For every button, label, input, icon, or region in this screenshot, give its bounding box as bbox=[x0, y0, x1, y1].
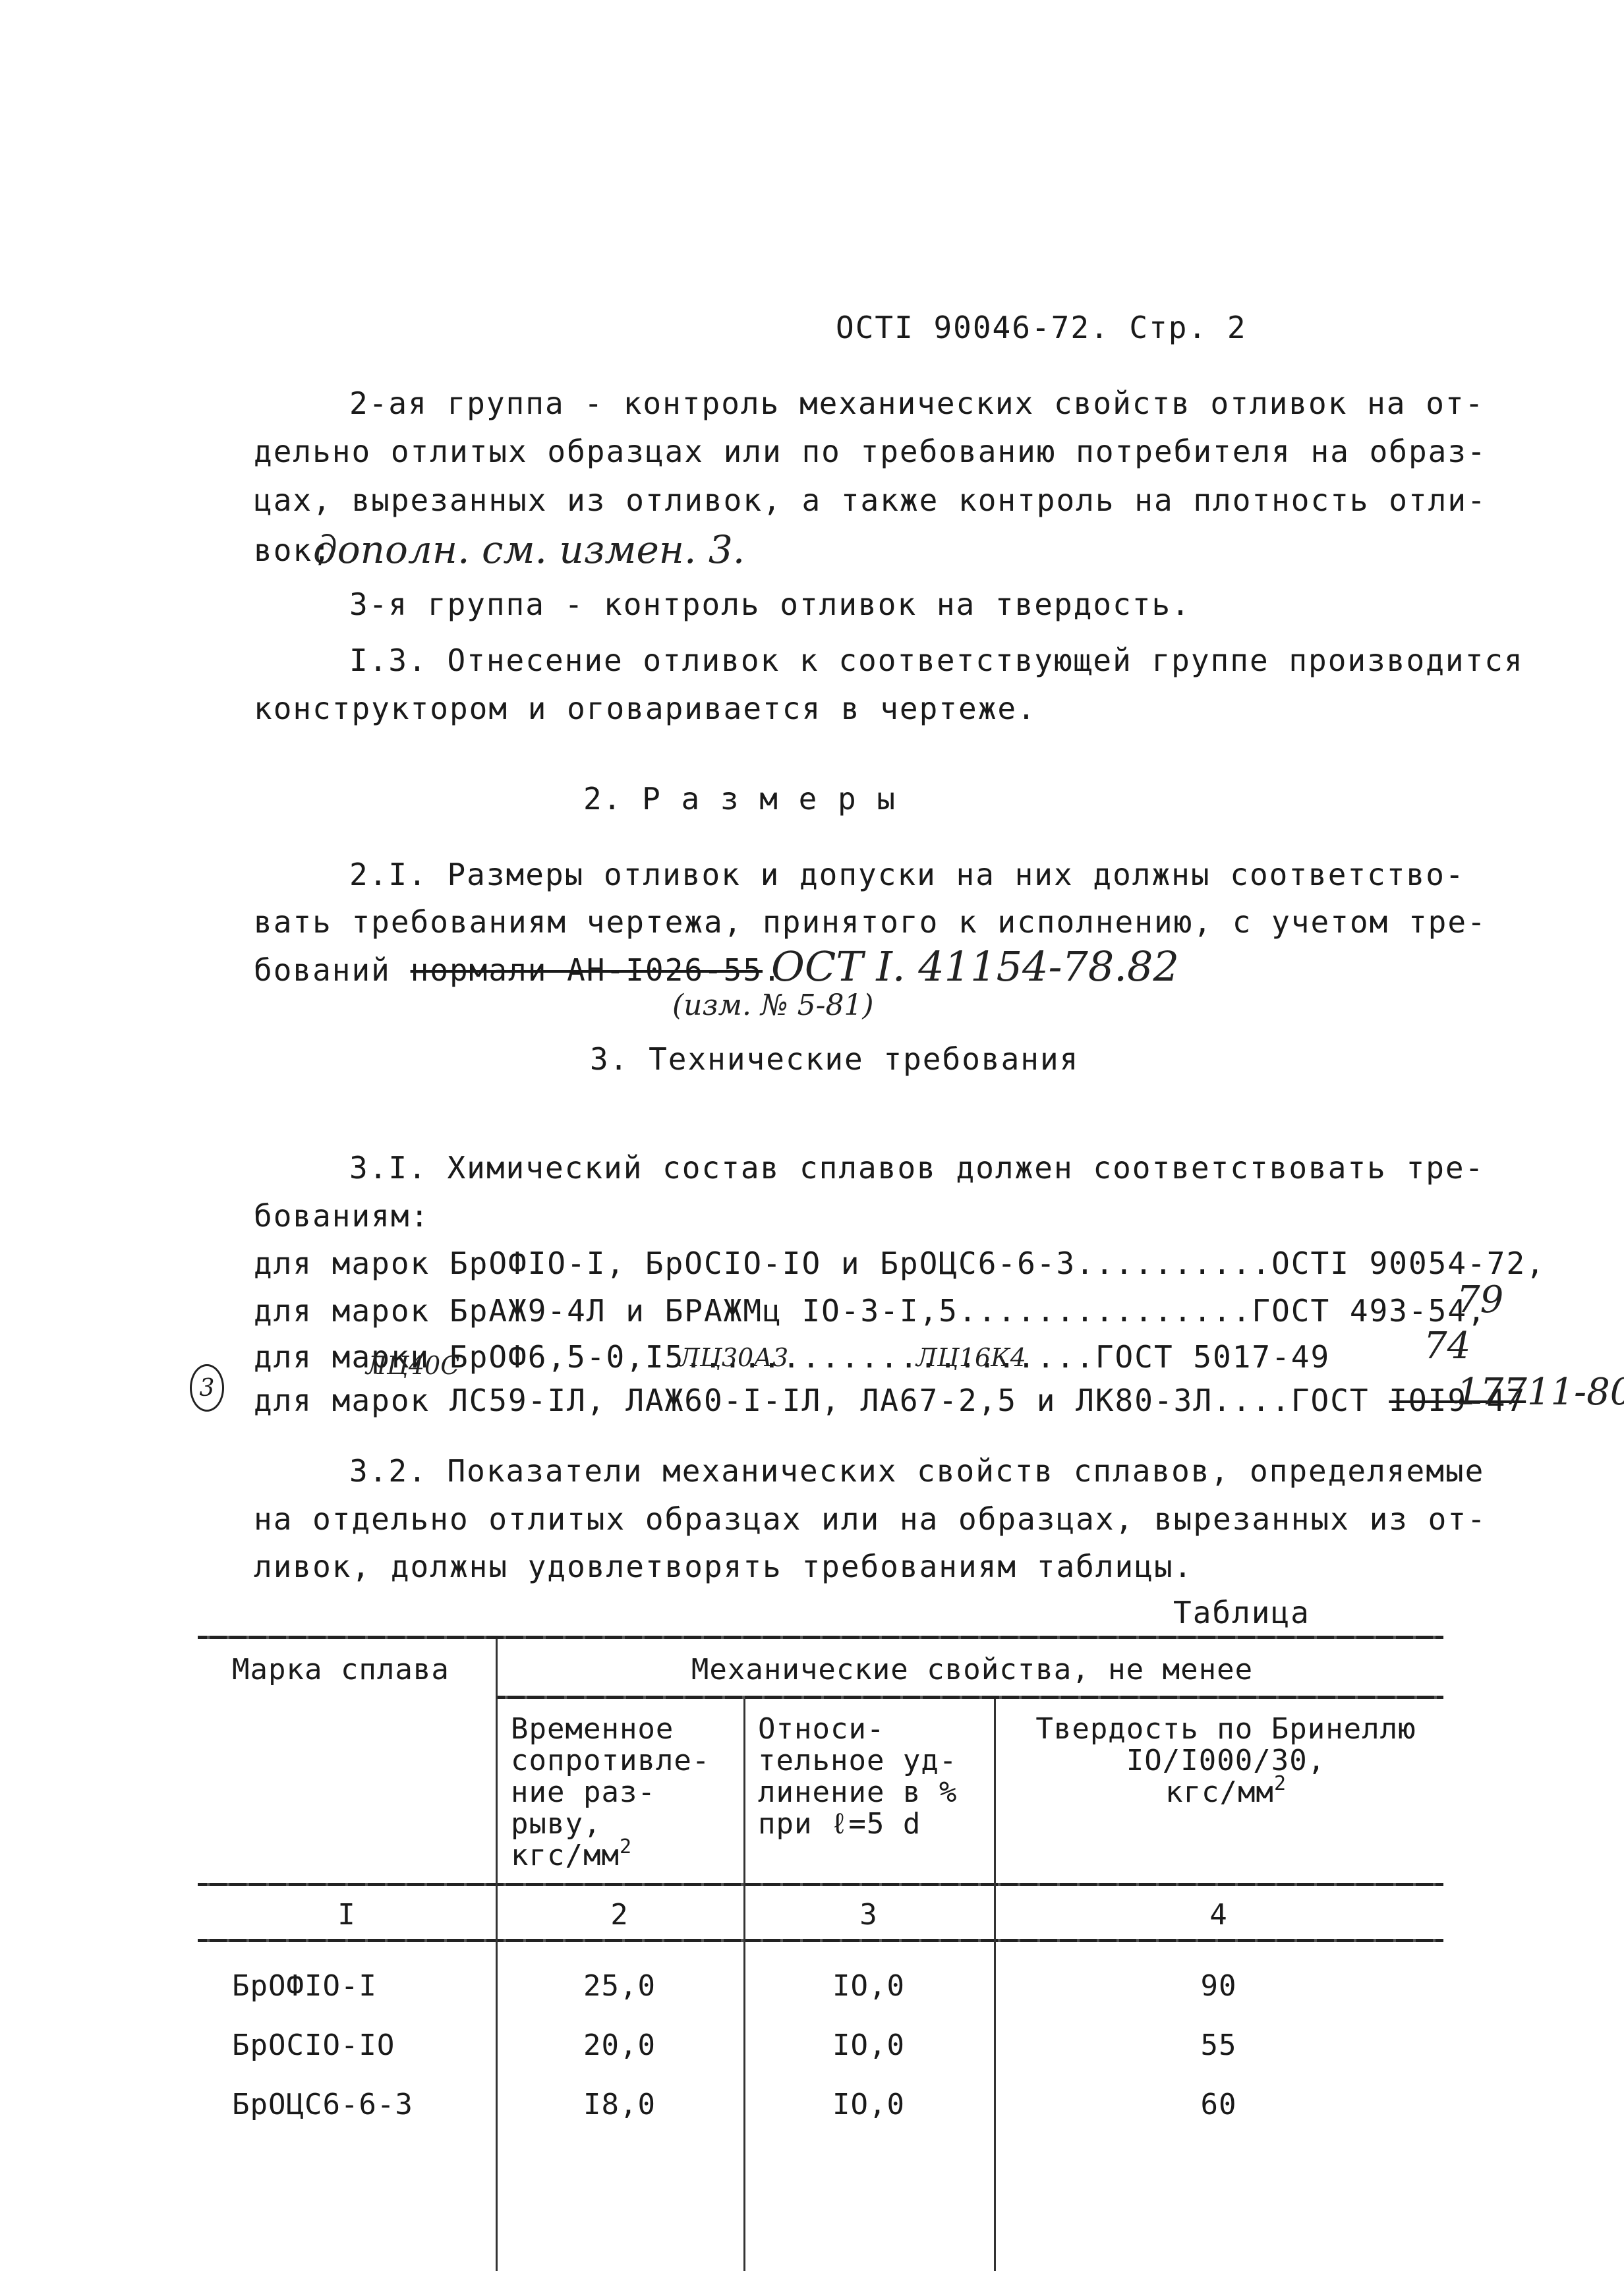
interlinear-note-2: ЛЦ30А3 bbox=[679, 1343, 788, 1372]
paragraph-1-3-line-2: конструктором и оговаривается в чертеже. bbox=[254, 691, 1037, 726]
column-number-4: 4 bbox=[994, 1899, 1443, 1931]
composition-ref-1: для марок БрОФIО-I, БрОСIО-IО и БрОЦС6-6… bbox=[254, 1246, 1546, 1281]
group2-line-2: дельно отлитых образцах или по требовани… bbox=[254, 434, 1487, 469]
group2-line-3: цах, вырезанных из отливок, а также конт… bbox=[254, 482, 1487, 518]
paragraph-3-2-line-3: ливок, должны удовлетворять требованиям … bbox=[254, 1549, 1193, 1584]
cell-tensile: 20,0 bbox=[496, 2030, 743, 2061]
handwritten-replacement-standard-4: 17711-80 bbox=[1457, 1371, 1624, 1414]
section-2-title: 2. Р а з м е р ы bbox=[583, 781, 896, 817]
group3-text: 3-я группа - контроль отливок на твердос… bbox=[349, 587, 1191, 622]
paragraph-1-3-line-1: I.3. Отнесение отливок к соответствующей… bbox=[349, 643, 1524, 678]
section-3-title: 3. Технические требования bbox=[590, 1041, 1079, 1077]
cell-tensile: I8,0 bbox=[496, 2089, 743, 2121]
cell-alloy: БрОФIО-I bbox=[232, 1970, 377, 2002]
handwritten-change-note: (изм. № 5-81) bbox=[672, 989, 874, 1022]
cell-alloy: БрОЦС6-6-3 bbox=[232, 2089, 413, 2121]
table-number-rule bbox=[198, 1939, 1443, 1942]
paragraph-2-1-line-1: 2.I. Размеры отливок и допуски на них до… bbox=[349, 857, 1465, 892]
group2-line-1: 2-ая группа - контроль механических свой… bbox=[349, 386, 1484, 421]
interlinear-note-3: ЛЦ16К4 bbox=[916, 1343, 1026, 1372]
document-reference: ОСТI 90046-72. Стр. 2 bbox=[836, 310, 1247, 345]
interlinear-note-1: ЛЦ40С bbox=[366, 1351, 459, 1380]
column-number-2: 2 bbox=[496, 1899, 743, 1931]
header-tensile-strength: Временное сопротивле- ние раз- рыву, кгс… bbox=[511, 1713, 710, 1872]
table-header-rule bbox=[198, 1883, 1443, 1886]
table-caption: Таблица bbox=[1173, 1595, 1310, 1630]
change-number-mark: 3 bbox=[190, 1364, 224, 1412]
handwritten-amendment-note: дополн. см. измен. 3. bbox=[313, 527, 745, 572]
handwritten-replacement-standard: ОСТ I. 41154-78.82 bbox=[771, 942, 1179, 991]
cell-hardness: 90 bbox=[994, 1970, 1443, 2002]
table-subheader-rule bbox=[496, 1696, 1443, 1699]
paragraph-2-1-line-3: бований нормали АН-I026-55. bbox=[254, 952, 782, 988]
cell-alloy: БрОСIО-IО bbox=[232, 2030, 395, 2061]
table-column-divider-1 bbox=[496, 1639, 498, 2271]
cell-elongation: IO,0 bbox=[743, 2089, 994, 2121]
paragraph-3-2-line-1: 3.2. Показатели механических свойств спл… bbox=[349, 1453, 1484, 1489]
cell-elongation: IO,0 bbox=[743, 2030, 994, 2061]
cell-tensile: 25,0 bbox=[496, 1970, 743, 2002]
paragraph-2-1-line-2: вать требованиям чертежа, принятого к ис… bbox=[254, 904, 1487, 940]
header-alloy-grade: Марка сплава bbox=[232, 1654, 449, 1686]
paragraph-3-1-line-2: бованиям: bbox=[254, 1198, 430, 1234]
paragraph-3-2-line-2: на отдельно отлитых образцах или на обра… bbox=[254, 1501, 1487, 1537]
composition-ref-4: для марок ЛС59-IЛ, ЛАЖ60-I-IЛ, ЛА67-2,5 … bbox=[254, 1383, 1526, 1418]
table-top-rule bbox=[198, 1636, 1443, 1639]
composition-ref-2: для марок БрАЖ9-4Л и БРАЖМц IО-3-I,5....… bbox=[254, 1293, 1487, 1329]
cell-elongation: IO,0 bbox=[743, 1970, 994, 2002]
header-brinell-hardness: Твердость по Бринеллю IO/I000/30, кгс/мм… bbox=[1008, 1713, 1443, 1808]
struck-standard: нормали АН-I026-55 bbox=[411, 952, 763, 988]
handwritten-year-3: 74 bbox=[1424, 1325, 1470, 1367]
column-number-3: 3 bbox=[743, 1899, 994, 1931]
header-elongation: Относи- тельное уд- линение в % при ℓ=5 … bbox=[758, 1713, 957, 1840]
paragraph-3-1-line-1: 3.I. Химический состав сплавов должен со… bbox=[349, 1150, 1484, 1186]
cell-hardness: 55 bbox=[994, 2030, 1443, 2061]
cell-hardness: 60 bbox=[994, 2089, 1443, 2121]
line-prefix: бований bbox=[254, 952, 411, 988]
header-mechanical-properties: Механические свойства, не менее bbox=[501, 1654, 1443, 1686]
handwritten-year-2: 79 bbox=[1457, 1279, 1503, 1321]
column-number-1: I bbox=[198, 1899, 496, 1931]
